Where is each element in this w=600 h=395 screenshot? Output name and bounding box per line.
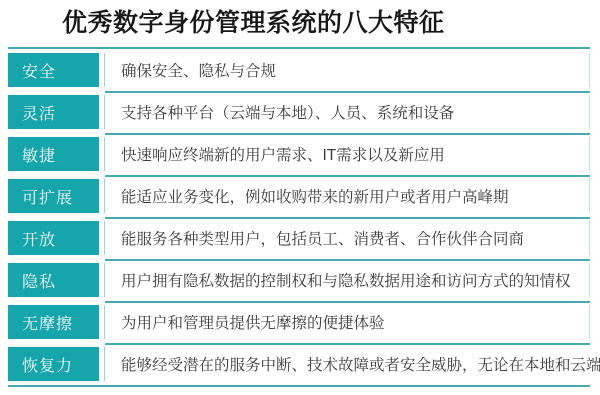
table-row: 恢复力 能够经受潜在的服务中断、技术故障或者安全威胁，无论在本地和云端 [8,347,590,381]
table-row: 可扩展 能适应业务变化，例如收购带来的新用户或者用户高峰期 [8,179,590,213]
feature-label: 可扩展 [8,179,99,213]
table-row: 隐私 用户拥有隐私数据的控制权和与隐私数据用途和访问方式的知情权 [8,263,590,297]
feature-description: 能服务各种类型用户，包括员工、消费者、合作伙伴合同商 [104,221,590,255]
feature-description: 支持各种平台（云端与本地）、人员、系统和设备 [104,95,590,129]
feature-label: 安全 [8,53,99,87]
feature-description: 用户拥有隐私数据的控制权和与隐私数据用途和访问方式的知情权 [104,263,590,297]
feature-description: 为用户和管理员提供无摩擦的便捷体验 [104,305,590,339]
table-row: 敏捷 快速响应终端新的用户需求、IT需求以及新应用 [8,137,590,171]
feature-description: 能够经受潜在的服务中断、技术故障或者安全威胁，无论在本地和云端 [104,347,600,381]
table-row: 开放 能服务各种类型用户，包括员工、消费者、合作伙伴合同商 [8,221,590,255]
feature-table: 安全 确保安全、隐私与合规 灵活 支持各种平台（云端与本地）、人员、系统和设备 … [8,47,590,387]
table-row: 安全 确保安全、隐私与合规 [8,53,590,87]
feature-label: 无摩擦 [8,305,99,339]
feature-label: 灵活 [8,95,99,129]
feature-label: 隐私 [8,263,99,297]
page-title: 优秀数字身份管理系统的八大特征 [62,8,600,38]
feature-description: 确保安全、隐私与合规 [104,53,590,87]
table-row: 灵活 支持各种平台（云端与本地）、人员、系统和设备 [8,95,590,129]
feature-label: 开放 [8,221,99,255]
feature-description: 能适应业务变化，例如收购带来的新用户或者用户高峰期 [104,179,590,213]
feature-label: 敏捷 [8,137,99,171]
feature-label: 恢复力 [8,347,99,381]
page: 优秀数字身份管理系统的八大特征 安全 确保安全、隐私与合规 灵活 支持各种平台（… [0,0,600,395]
feature-description: 快速响应终端新的用户需求、IT需求以及新应用 [104,137,590,171]
table-row: 无摩擦 为用户和管理员提供无摩擦的便捷体验 [8,305,590,339]
